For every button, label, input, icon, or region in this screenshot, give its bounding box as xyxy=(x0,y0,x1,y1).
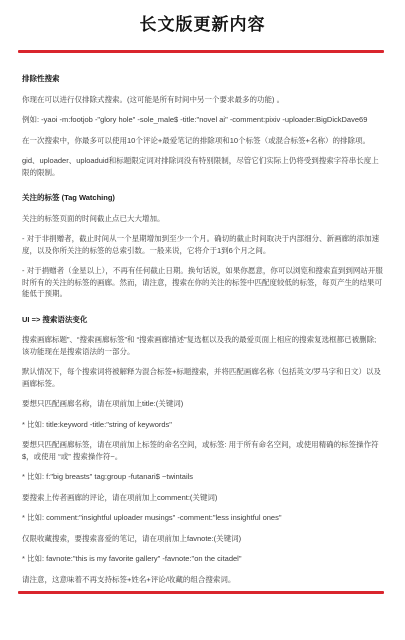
section-heading-tag-watching: 关注的标签 (Tag Watching) xyxy=(22,192,385,204)
paragraph: 要想只匹配画廊标签，请在项前加上标签的命名空间，或标签: 用于所有命名空间，或使… xyxy=(22,439,385,462)
paragraph: - 对于非捐赠者，截止时间从一个星期增加到至少一个月。确切的截止时间取决于内部细… xyxy=(22,233,385,256)
paragraph-example: * 比如: title:keyword -title:"string of ke… xyxy=(22,419,385,431)
section-heading-exclusion-search: 排除性搜索 xyxy=(22,73,385,85)
paragraph: 关注的标签页面的时间截止点已大大增加。 xyxy=(22,213,385,225)
paragraph: 要搜索上传者画廊的评论，请在项前加上comment:(关键词) xyxy=(22,492,385,504)
bottom-divider xyxy=(18,591,384,594)
section-heading-search-syntax: UI => 搜索语法变化 xyxy=(22,314,385,326)
paragraph-example: * 比如: f:"big breasts" tag:group -futanar… xyxy=(22,471,385,483)
paragraph: - 对于捐赠者（金星以上），不再有任何截止日期。换句话说，如果你愿意，你可以浏览… xyxy=(22,265,385,300)
paragraph-example: 例如: -yaoi -m:footjob -"glory hole" -sole… xyxy=(22,114,385,126)
paragraph: gid、uploader、uploaduid和标题限定词对排除词没有特别限制，尽… xyxy=(22,155,385,178)
paragraph-note: 请注意，这意味着不再支持标签+姓名+评论/收藏的组合搜索词。 xyxy=(22,574,385,586)
document-page: 长文版更新内容 排除性搜索 你现在可以进行仅排除式搜索。(这可能是所有时间中另一… xyxy=(0,0,405,640)
paragraph-example: * 比如: comment:"insightful uploader musin… xyxy=(22,512,385,524)
paragraph: 默认情况下，每个搜索词将被解释为混合标签+标题搜索，并将匹配画廊名称（包括英文/… xyxy=(22,366,385,389)
paragraph: 在一次搜索中，你最多可以使用10个评论+最爱笔记的排除项和10个标签（或混合标签… xyxy=(22,135,385,147)
paragraph-continuation: 该功能现在是搜索语法的一部分。 xyxy=(22,346,385,358)
paragraph: 仅限收藏搜索，要搜索喜爱的笔记，请在项前加上favnote:(关键词) xyxy=(22,533,385,545)
paragraph-example: * 比如: favnote:"this is my favorite galle… xyxy=(22,553,385,565)
document-body: 排除性搜索 你现在可以进行仅排除式搜索。(这可能是所有时间中另一个要求最多的功能… xyxy=(0,53,405,585)
paragraph: 要想只匹配画廊名称，请在项前加上title:(关键词) xyxy=(22,398,385,410)
page-title: 长文版更新内容 xyxy=(0,0,405,35)
paragraph: 你现在可以进行仅排除式搜索。(这可能是所有时间中另一个要求最多的功能) 。 xyxy=(22,94,385,106)
paragraph: 搜索画廊标题”、“搜索画廊标签”和 “搜索画廊描述”复选框以及我的最爱页面上相应… xyxy=(22,334,385,346)
